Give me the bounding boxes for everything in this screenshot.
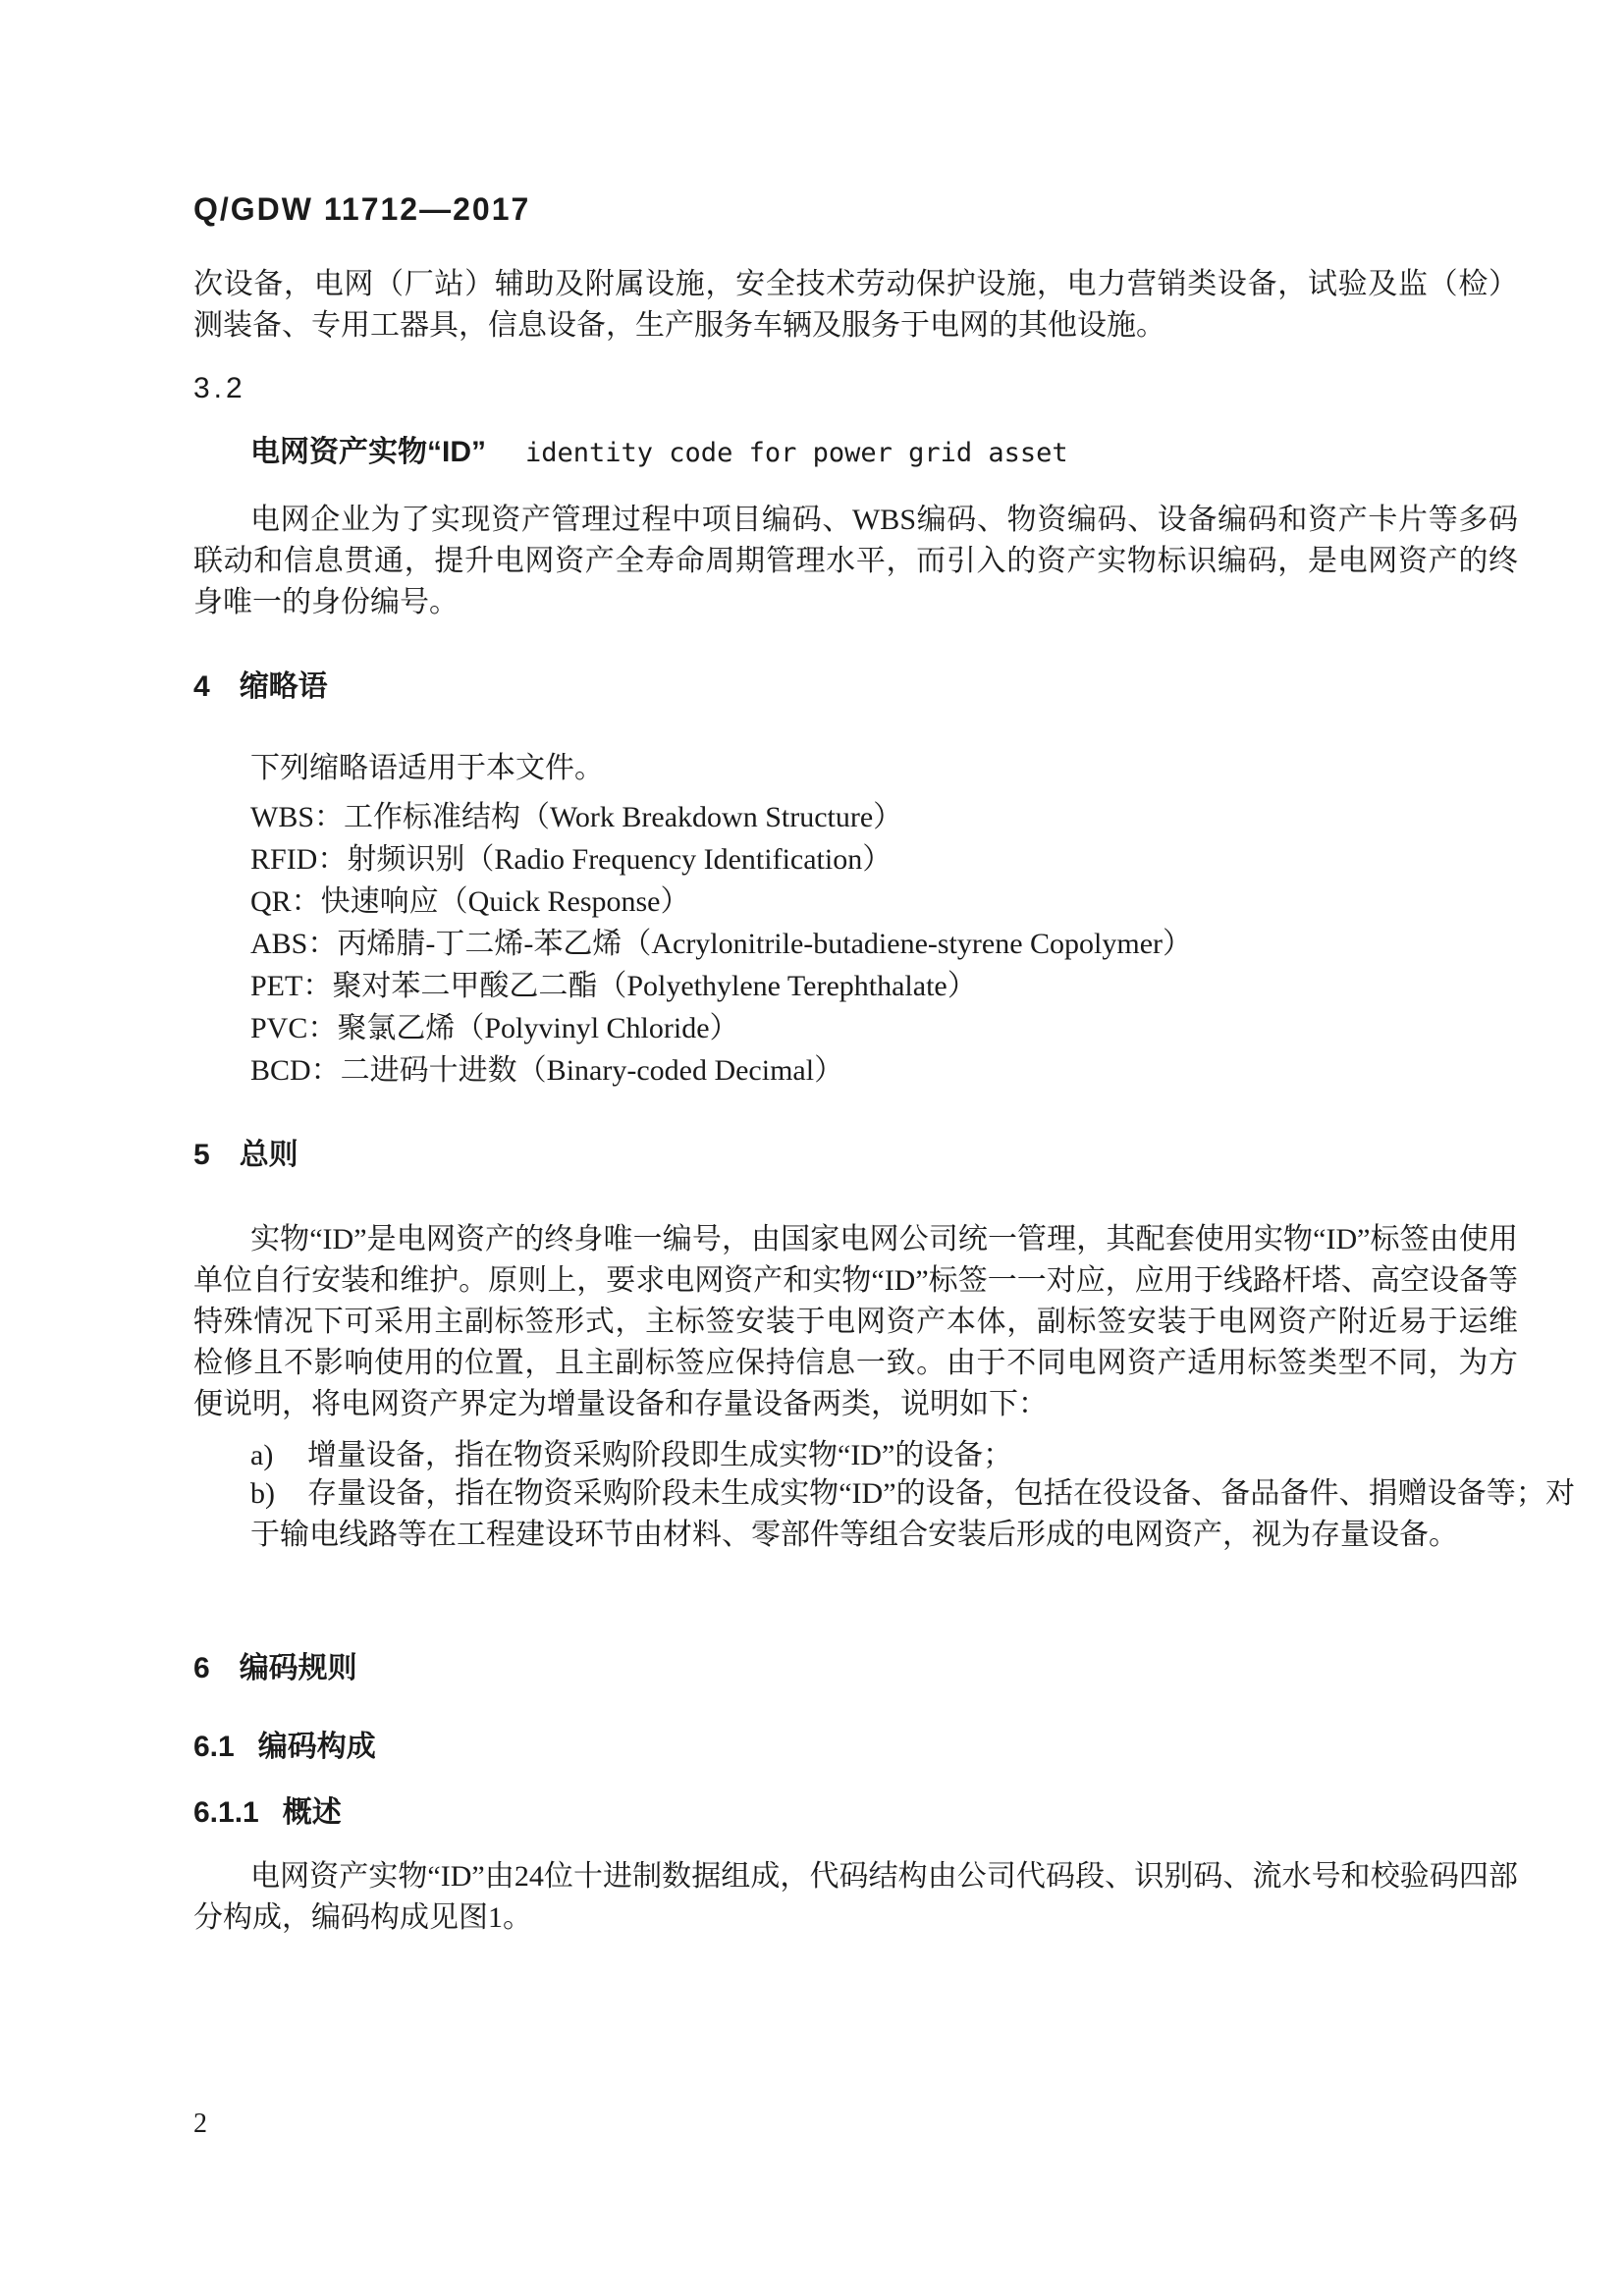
section-heading-4: 4缩略语: [193, 667, 1518, 708]
list-text: 增量设备，指在物资采购阶段即生成实物“ID”的设备；: [307, 1439, 1012, 1471]
list-text: 存量设备，指在物资采购阶段未生成实物“ID”的设备，包括在役设备、备品备件、捐赠…: [250, 1477, 1575, 1551]
abbreviation-item: PET：聚对苯二甲酸乙二酯（Polyethylene Terephthalate…: [193, 965, 1518, 1007]
heading-number: 6.1.1: [193, 1796, 259, 1829]
term-chinese: 电网资产实物“ID”: [250, 436, 486, 468]
heading-title: 编码构成: [258, 1731, 376, 1763]
term-definition: 电网企业为了实现资产管理过程中项目编码、WBS编码、物资编码、设备编码和资产卡片…: [193, 500, 1518, 623]
list-marker: b): [250, 1473, 307, 1515]
section-heading-5: 5总则: [193, 1135, 1518, 1176]
heading-number: 6: [193, 1652, 210, 1684]
heading-title: 概述: [283, 1796, 342, 1829]
term-title: 电网资产实物“ID”identity code for power grid a…: [193, 432, 1575, 478]
section-heading-6: 6编码规则: [193, 1648, 1518, 1689]
heading-title: 编码规则: [240, 1652, 357, 1684]
abbreviation-item: ABS：丙烯腈-丁二烯-苯乙烯（Acrylonitrile-butadiene-…: [193, 923, 1518, 965]
overview-paragraph: 电网资产实物“ID”由24位十进制数据组成，代码结构由公司代码段、识别码、流水号…: [193, 1856, 1518, 1939]
abbreviation-item: WBS：工作标准结构（Work Breakdown Structure）: [193, 796, 1518, 838]
list-item-a: a)增量设备，指在物资采购阶段即生成实物“ID”的设备；: [193, 1435, 1575, 1476]
abbreviation-item: QR：快速响应（Quick Response）: [193, 881, 1518, 923]
running-header: Q/GDW 11712—2017: [193, 188, 1518, 230]
page-number: 2: [193, 2107, 207, 2142]
heading-number: 4: [193, 670, 210, 703]
abbreviations-intro: 下列缩略语适用于本文件。: [193, 748, 1518, 789]
paragraph-continued: 次设备，电网（厂站）辅助及附属设施，安全技术劳动保护设施，电力营销类设备，试验及…: [193, 264, 1518, 347]
abbreviation-list: WBS：工作标准结构（Work Breakdown Structure） RFI…: [193, 796, 1518, 1092]
general-principles-paragraph: 实物“ID”是电网资产的终身唯一编号，由国家电网公司统一管理，其配套使用实物“I…: [193, 1219, 1518, 1425]
heading-number: 6.1: [193, 1731, 235, 1763]
subsection-heading-6-1: 6.1编码构成: [193, 1727, 1518, 1768]
subsection-heading-6-1-1: 6.1.1概述: [193, 1792, 1518, 1834]
abbreviation-item: RFID：射频识别（Radio Frequency Identification…: [193, 838, 1518, 881]
term-english: identity code for power grid asset: [525, 438, 1068, 468]
abbreviation-item: PVC：聚氯乙烯（Polyvinyl Chloride）: [193, 1007, 1518, 1049]
document-page: Q/GDW 11712—2017 次设备，电网（厂站）辅助及附属设施，安全技术劳…: [0, 0, 1624, 2296]
abbreviation-item: BCD：二进码十进数（Binary-coded Decimal）: [193, 1049, 1518, 1092]
list-item-b: b)存量设备，指在物资采购阶段未生成实物“ID”的设备，包括在役设备、备品备件、…: [193, 1473, 1575, 1556]
heading-title: 缩略语: [240, 670, 328, 703]
list-marker: a): [250, 1435, 307, 1476]
heading-number: 5: [193, 1139, 210, 1171]
clause-number-3-2: 3.2: [193, 368, 1518, 409]
heading-title: 总则: [240, 1139, 298, 1171]
